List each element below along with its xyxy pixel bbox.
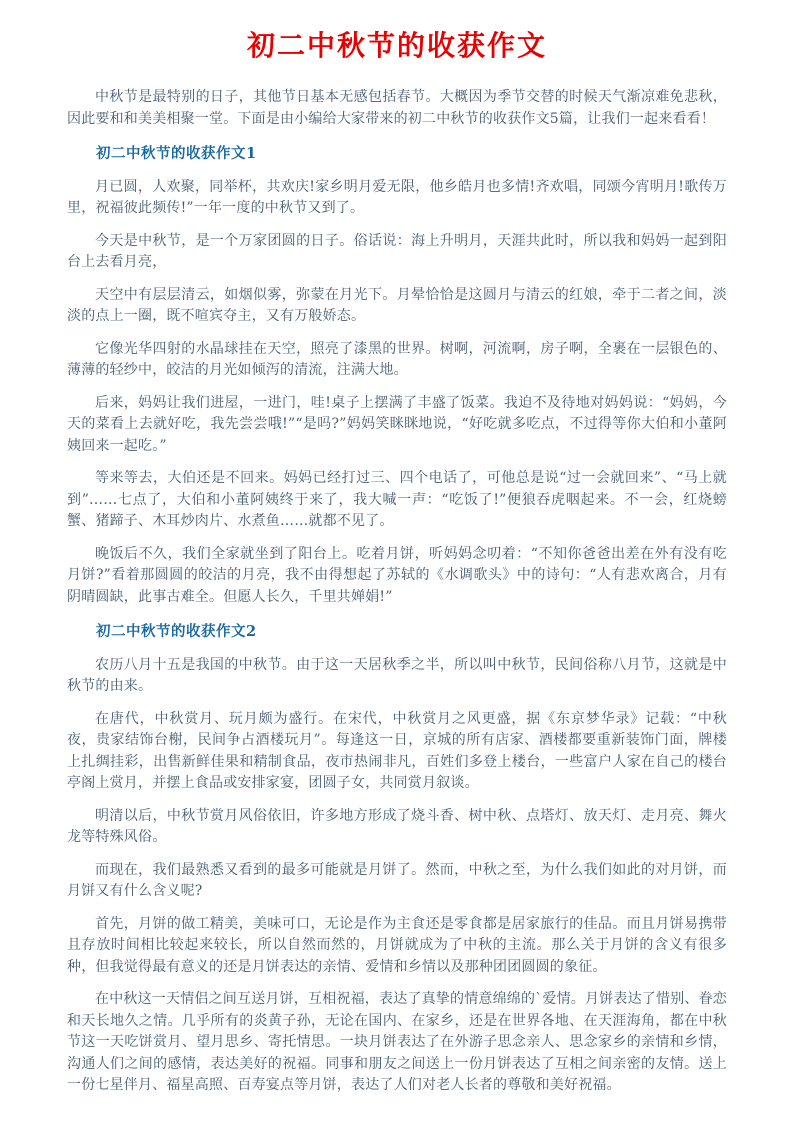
essay-paragraph: 在唐代，中秋赏月、玩月颇为盛行。在宋代，中秋赏月之风更盛，据《东京梦华录》记载：…	[67, 709, 727, 795]
section-heading: 初二中秋节的收获作文2	[67, 621, 727, 643]
essay-paragraph: 今天是中秋节，是一个万家团圆的日子。俗话说：海上升明月，天涯共此时，所以我和妈妈…	[67, 231, 727, 274]
essay-paragraph: 首先，月饼的做工精美，美味可口，无论是作为主食还是零食都是居家旅行的佳品。而且月…	[67, 914, 727, 979]
essay-paragraph: 在中秋这一天情侣之间互送月饼，互相祝福，表达了真挚的情意绵绵的`爱情。月饼表达了…	[67, 989, 727, 1097]
essay-paragraph: 晚饭后不久，我们全家就坐到了阳台上。吃着月饼，听妈妈念叨着：“不知你爸爸出差在外…	[67, 544, 727, 609]
essay-paragraph: 它像光华四射的水晶球挂在天空，照亮了漆黑的世界。树啊，河流啊，房子啊，全裹在一层…	[67, 339, 727, 382]
essay-paragraph: 而现在，我们最熟悉又看到的最多可能就是月饼了。然而，中秋之至，为什么我们如此的对…	[67, 860, 727, 903]
essay-paragraph: 农历八月十五是我国的中秋节。由于这一天居秋季之半，所以叫中秋节，民间俗称八月节，…	[67, 655, 727, 698]
essay-paragraph: 月已圆，人欢聚，同举杯，共欢庆!家乡明月爱无限，他乡皓月也多情!齐欢唱，同颂今宵…	[67, 177, 727, 220]
section-heading: 初二中秋节的收获作文1	[67, 143, 727, 165]
essay-paragraph: 后来，妈妈让我们进屋，一进门，哇!桌子上摆满了丰盛了饭菜。我迫不及待地对妈妈说：…	[67, 393, 727, 458]
essay-section-1: 初二中秋节的收获作文1 月已圆，人欢聚，同举杯，共欢庆!家乡明月爱无限，他乡皓月…	[67, 143, 727, 608]
essay-paragraph: 等来等去，大伯还是不回来。妈妈已经打过三、四个电话了，可他总是说“过一会就回来”…	[67, 468, 727, 533]
intro-paragraph: 中秋节是最特别的日子，其他节日基本无感包括春节。大概因为季节交替的时候天气渐凉难…	[67, 87, 727, 130]
page-title: 初二中秋节的收获作文	[67, 28, 727, 63]
essay-paragraph: 天空中有层层清云，如烟似雾，弥蒙在月光下。月晕恰恰是这圆月与清云的红娘，牵于二者…	[67, 285, 727, 328]
essay-paragraph: 明清以后，中秋节赏月风俗依旧，许多地方形成了烧斗香、树中秋、点塔灯、放天灯、走月…	[67, 806, 727, 849]
essay-section-2: 初二中秋节的收获作文2 农历八月十五是我国的中秋节。由于这一天居秋季之半，所以叫…	[67, 621, 727, 1097]
document-page: 初二中秋节的收获作文 中秋节是最特别的日子，其他节日基本无感包括春节。大概因为季…	[0, 0, 794, 1123]
